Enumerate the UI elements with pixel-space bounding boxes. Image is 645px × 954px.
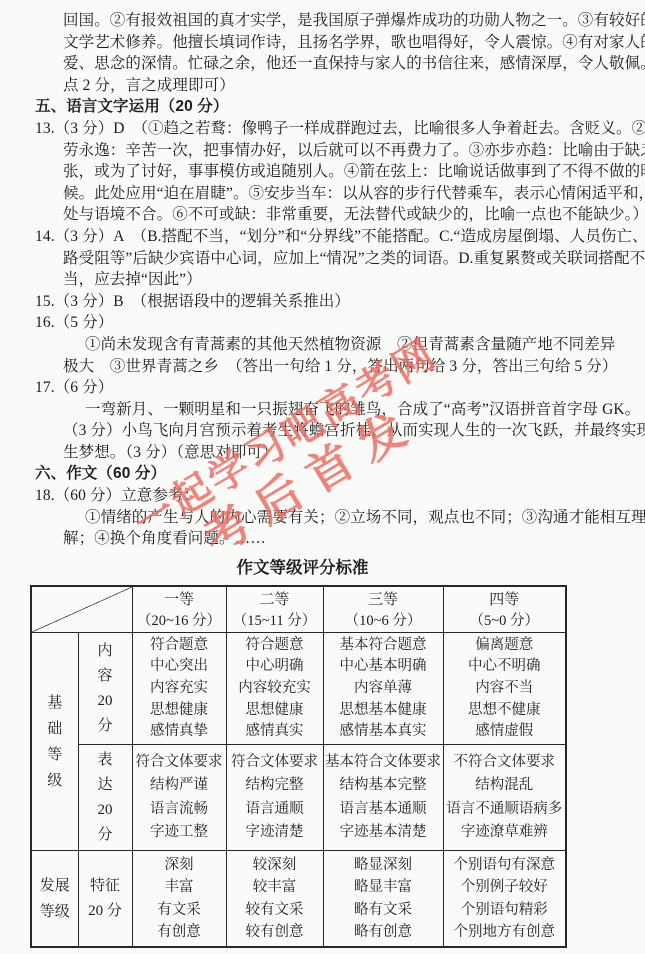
row-aspect-label: 表达20分 [78,745,132,851]
criteria-line: 中心突出 [133,656,226,678]
criteria-cell: 偏离题意中心不明确内容不当思想不健康感情虚假 [443,633,566,745]
criteria-cell: 符合题意中心明确内容较充实思想健康感情真实 [226,633,323,745]
score-table: 一等（20~16 分）二等（15~11 分）三等（10~6 分）四等（5~0 分… [30,585,567,948]
criteria-line: 感情真挚 [133,721,226,743]
grade-label: 二等 [227,589,323,611]
criteria-cell: 个别语句有深意个别例子较好个别语句精彩个别地方有创意 [443,851,566,947]
grade-header-cell: 一等（20~16 分） [132,586,226,633]
criteria-cell: 基本符合文体要求结构基本完整语言基本通顺字迹基本清楚 [323,745,443,851]
text-line: 15.（3 分）B （根据语段中的逻辑关系推出） [35,291,641,313]
grade-header-cell: 三等（10~6 分） [323,586,443,633]
criteria-line: 略有文采 [324,899,443,922]
group-label-line: 等 [32,742,78,768]
grade-range-label: （15~11 分） [227,611,323,631]
criteria-line: 内容单薄 [324,678,443,700]
criteria-cell: 符合文体要求结构完整语言通顺字迹清楚 [226,745,323,851]
criteria-line: 思想不健康 [444,700,566,722]
text-line: 生梦想。（3 分）（意思对即可） [35,442,641,464]
text-line: 16.（5 分） [35,312,641,334]
table-row: 基础等级内容20分符合题意中心突出内容充实思想健康感情真挚符合题意中心明确内容较… [31,633,566,745]
text-line: 文学艺术修养。他擅长填词作诗，且扬名学界，歌也唱得好，令人震惊。④有对家人的关 [35,32,641,54]
group-label-line: 级 [32,768,78,794]
grade-range-label: （5~0 分） [444,611,566,631]
criteria-line: 字迹基本清楚 [324,821,443,845]
table-corner-cell [31,586,132,633]
grade-header-cell: 二等（15~11 分） [226,586,323,633]
text-line: 回国。②有报效祖国的真才实学，是我国原子弹爆炸成功的功勋人物之一。③有较好的 [35,10,641,32]
criteria-line: 字迹清楚 [227,821,323,845]
grade-header-cell: 四等（5~0 分） [443,586,566,633]
text-line: ①情绪的产生与人的内心需要有关；②立场不同，观点也不同；③沟通才能相互理 [35,507,641,529]
group-label-line: 等级 [32,899,78,925]
text-line: 17.（6 分） [35,377,641,399]
criteria-line: 感情虚假 [444,721,566,743]
criteria-line: 结构严谨 [133,774,226,798]
criteria-line: 个别例子较好 [444,876,566,899]
criteria-line: 结构完整 [227,774,323,798]
criteria-line: 略有创意 [324,921,443,944]
criteria-line: 语言不通顺语病多 [444,798,566,822]
row-aspect-label: 内容20分 [78,633,132,745]
text-line: ①尚未发现含有青蒿素的其他天然植物资源 ②但青蒿素含量随产地不同差异 [35,334,641,356]
criteria-line: 略显丰富 [324,876,443,899]
table-row: 表达20分符合文体要求结构严谨语言流畅字迹工整符合文体要求结构完整语言通顺字迹清… [31,745,566,851]
criteria-line: 感情基本真实 [324,721,443,743]
criteria-line: 基本符合题意 [324,635,443,657]
text-line: 一弯新月、一颗明星和一只振翅奋飞的雏鸟，合成了“高考”汉语拼音首字母 GK。 [35,399,641,421]
aspect-label-line: 达 [79,773,132,798]
table-title: 作文等级评分标准 [0,554,605,578]
criteria-line: 符合文体要求 [133,751,226,775]
text-line: 极大 ③世界青蒿之乡 （答出一句给 1 分，答出两句给 3 分，答出三句给 5 … [35,356,641,378]
criteria-line: 中心基本明确 [324,656,443,678]
criteria-cell: 略显深刻略显丰富略有文采略有创意 [323,851,443,947]
grade-range-label: （10~6 分） [324,611,443,631]
grade-label: 三等 [324,589,443,611]
criteria-line: 较有文采 [227,899,323,922]
text-line: 点 2 分，言之成理即可） [35,75,641,97]
text-line: 候。此处应用“迫在眉睫”。⑤安步当车：以从容的步行代替乘车，表示心情闲适平和，此 [35,183,641,205]
criteria-line: 中心明确 [227,656,323,678]
aspect-label-line: 分 [79,823,132,848]
table-header-row: 一等（20~16 分）二等（15~11 分）三等（10~6 分）四等（5~0 分… [31,586,566,633]
text-line: 解；④换个角度看问题。…… [35,528,641,550]
criteria-line: 个别语句精彩 [444,899,566,922]
criteria-line: 有创意 [133,921,226,944]
group-label-line: 发展 [32,873,78,899]
aspect-label-line: 特征 [79,874,132,899]
grade-label: 一等 [133,589,226,611]
aspect-label-line: 分 [79,714,132,739]
criteria-line: 有文采 [133,899,226,922]
criteria-line: 深刻 [133,854,226,877]
criteria-line: 感情真实 [227,721,323,743]
criteria-cell: 基本符合题意中心基本明确内容单薄思想基本健康感情基本真实 [323,633,443,745]
criteria-line: 结构基本完整 [324,774,443,798]
grade-label: 四等 [444,589,566,611]
document-page: { "page": {"background": "#fafaf8", "tex… [0,0,645,954]
criteria-line: 个别地方有创意 [444,921,566,944]
criteria-line: 个别语句有深意 [444,854,566,877]
criteria-line: 略显深刻 [324,854,443,877]
aspect-label-line: 内 [79,639,132,664]
criteria-line: 符合题意 [133,635,226,657]
criteria-line: 内容较充实 [227,678,323,700]
criteria-line: 偏离题意 [444,635,566,657]
criteria-line: 较有创意 [227,921,323,944]
text-line: 张，或为了讨好，事事模仿或追随别人。④箭在弦上：比喻说话做事到了不得不做的时 [35,161,641,183]
aspect-label-line: 表 [79,748,132,773]
criteria-cell: 较深刻较丰富较有文采较有创意 [226,851,323,947]
text-line: 五、语言文字运用（20 分） [35,96,641,118]
criteria-line: 丰富 [133,876,226,899]
criteria-line: 语言通顺 [227,798,323,822]
criteria-line: 较深刻 [227,854,323,877]
criteria-cell: 不符合文体要求结构混乱语言不通顺语病多字迹潦草难辨 [443,745,566,851]
criteria-line: 内容不当 [444,678,566,700]
group-label-line: 础 [32,716,78,742]
criteria-line: 符合文体要求 [227,751,323,775]
criteria-line: 思想健康 [227,700,323,722]
criteria-line: 内容充实 [133,678,226,700]
text-line: 路受阻等”后缺少宾语中心词，应加上“情况”之类的词语。D.重复累赘或关联词搭配不 [35,248,641,270]
criteria-line: 语言基本通顺 [324,798,443,822]
text-line: 劳永逸：辛苦一次，把事情办好，以后就可以不再费力了。③亦步亦趋：比喻由于缺乏主 [35,140,641,162]
text-line: 处与语境不合。⑥不可或缺：非常重要，无法替代或缺少的，比喻一点也不能缺少。） [35,204,641,226]
criteria-line: 语言流畅 [133,798,226,822]
criteria-line: 符合题意 [227,635,323,657]
text-line: （3 分）小鸟飞向月宫预示着考生将蟾宫折桂，从而实现人生的一次飞跃，并最终实现人 [35,420,641,442]
aspect-label-line: 20 [79,798,132,823]
text-line: 爱、思念的深情。忙碌之余，他还一直保持与家人的书信往来，感情深厚，令人敬佩。（每 [35,53,641,75]
row-aspect-label: 特征20 分 [78,851,132,947]
criteria-cell: 符合文体要求结构严谨语言流畅字迹工整 [132,745,226,851]
criteria-cell: 深刻丰富有文采有创意 [132,851,226,947]
criteria-line: 字迹潦草难辨 [444,821,566,845]
criteria-cell: 符合题意中心突出内容充实思想健康感情真挚 [132,633,226,745]
criteria-line: 思想基本健康 [324,700,443,722]
text-line: 18.（60 分）立意参考： [35,485,641,507]
row-group-label: 基础等级 [31,633,78,851]
aspect-label-line: 20 分 [79,899,132,924]
criteria-line: 较丰富 [227,876,323,899]
criteria-line: 思想健康 [133,700,226,722]
row-group-label: 发展等级 [31,851,78,947]
table-row: 发展等级特征20 分深刻丰富有文采有创意较深刻较丰富较有文采较有创意略显深刻略显… [31,851,566,947]
group-label-line: 基 [32,690,78,716]
aspect-label-line: 20 [79,689,132,714]
answer-key-text: 回国。②有报效祖国的真才实学，是我国原子弹爆炸成功的功勋人物之一。③有较好的文学… [0,0,645,550]
criteria-line: 字迹工整 [133,821,226,845]
aspect-label-line: 容 [79,664,132,689]
criteria-line: 结构混乱 [444,774,566,798]
text-line: 13.（3 分）D （①趋之若鹜：像鸭子一样成群跑过去，比喻很多人争着赶去。含贬… [35,118,641,140]
criteria-line: 基本符合文体要求 [324,751,443,775]
text-line: 六、作文（60 分） [35,463,641,485]
criteria-line: 不符合文体要求 [444,751,566,775]
grade-range-label: （20~16 分） [133,611,226,631]
text-line: 当，应去掉“因此”） [35,269,641,291]
criteria-line: 中心不明确 [444,656,566,678]
text-line: 14.（3 分）A （B.搭配不当，“划分”和“分界线”不能搭配。C.“造成房屋… [35,226,641,248]
